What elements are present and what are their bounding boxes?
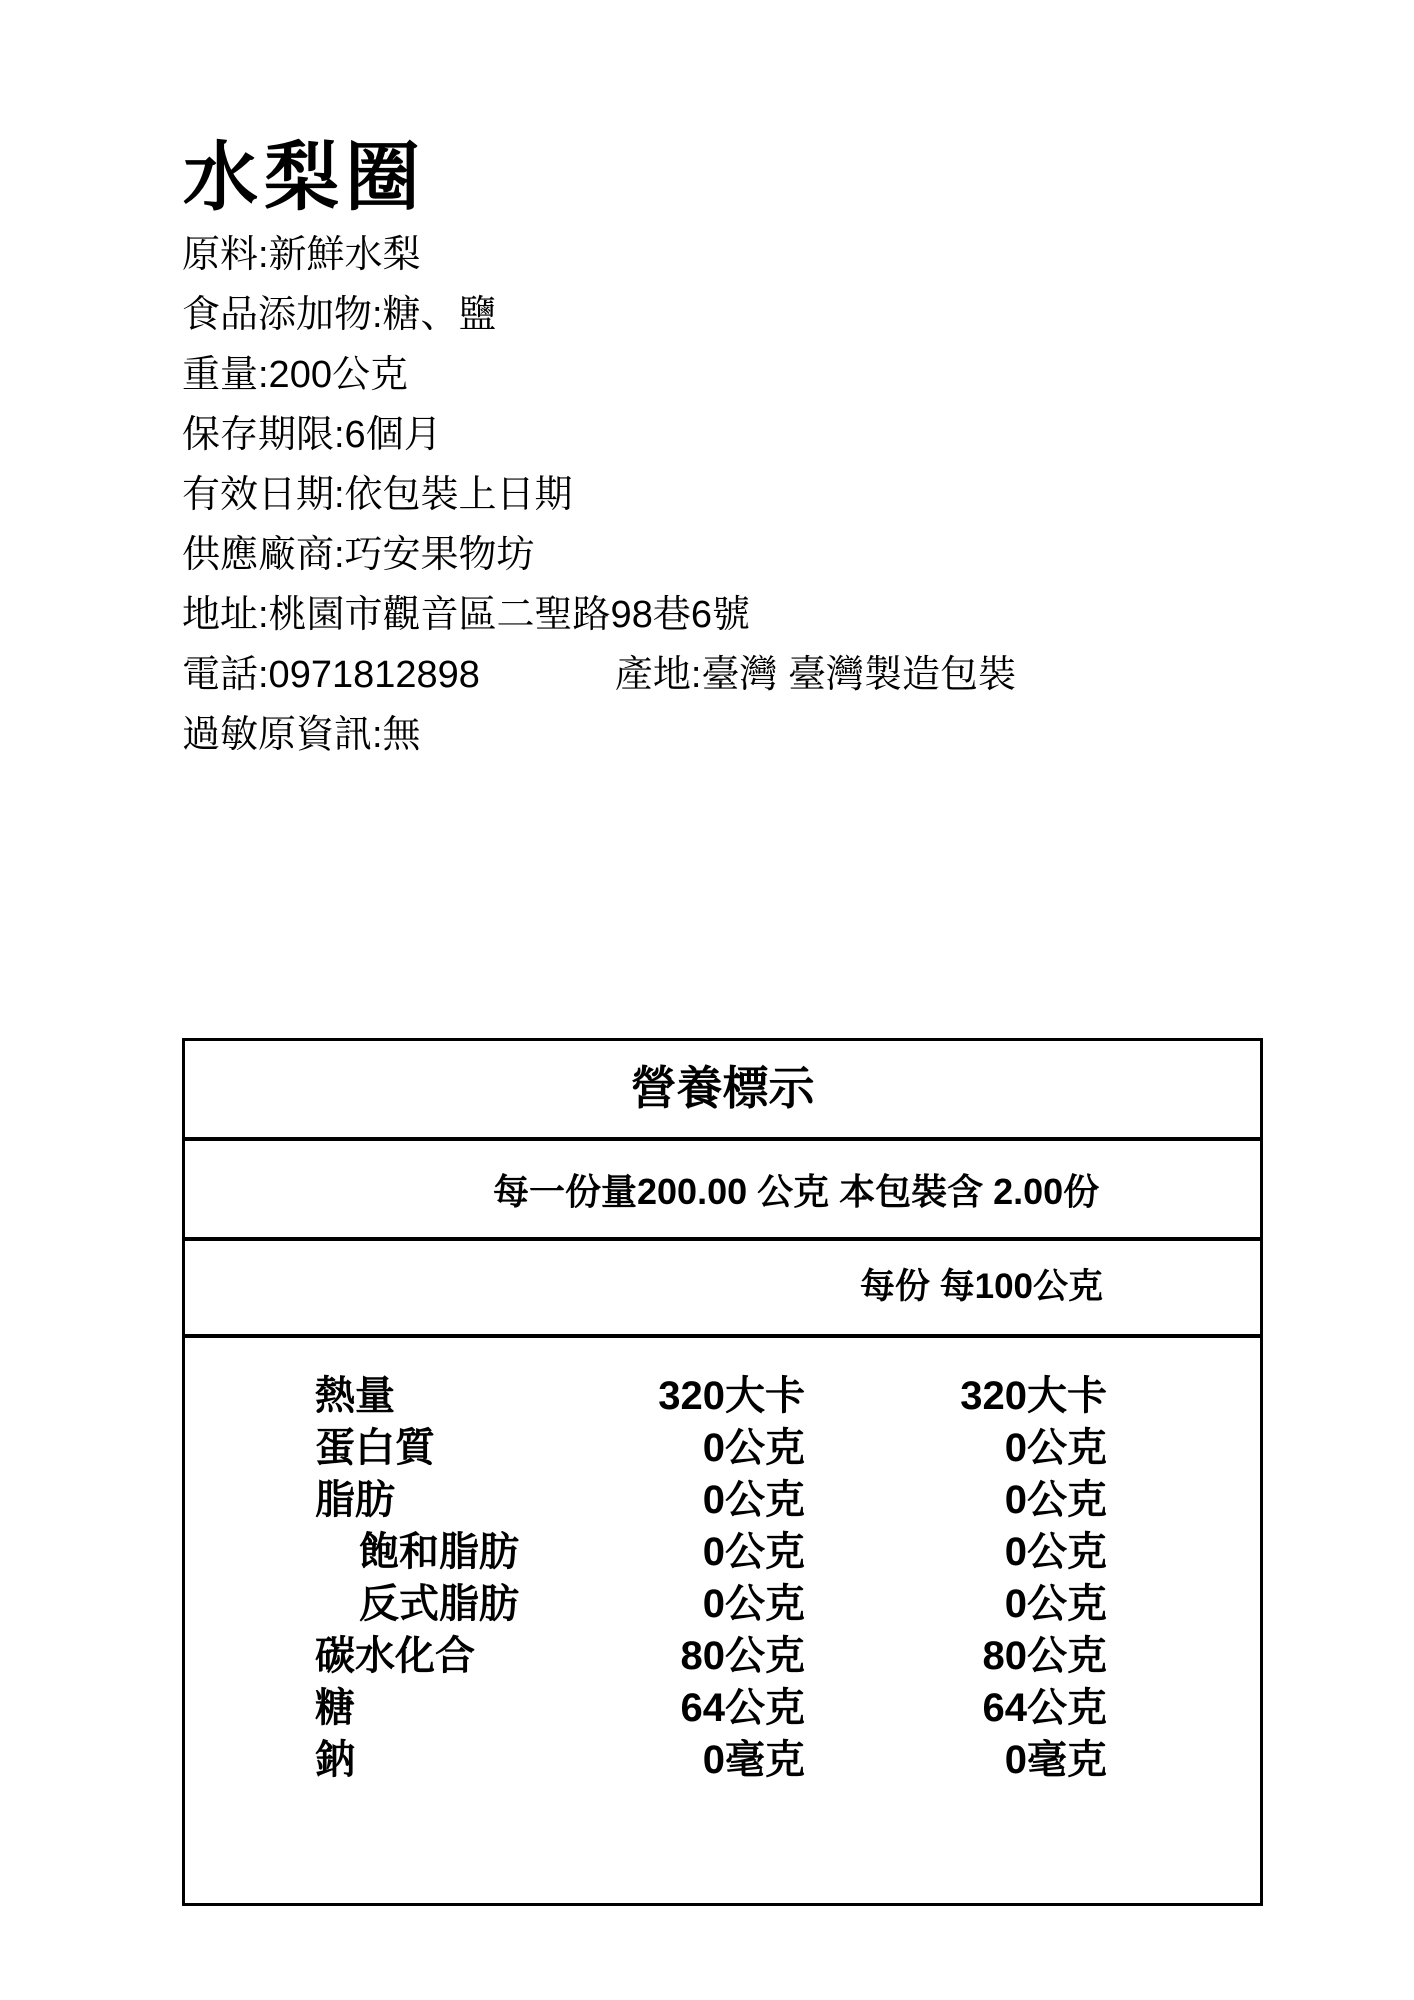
info-line-phone-origin: 電話:0971812898產地:臺灣 臺灣製造包裝 bbox=[182, 645, 1016, 705]
serving-size-row: 每一份量200.00 公克 本包裝含 2.00份 bbox=[185, 1141, 1260, 1241]
product-title: 水梨圈 bbox=[183, 140, 426, 215]
nutrient-label: 熱量 bbox=[315, 1370, 555, 1422]
table-row-protein: 蛋白質 0公克 0公克 bbox=[315, 1422, 1107, 1474]
info-line-allergen: 過敏原資訊:無 bbox=[182, 705, 1016, 765]
column-header-row: 每份 每100公克 bbox=[185, 1241, 1260, 1338]
nutrient-per-serving: 64公克 bbox=[555, 1682, 805, 1734]
origin-text: 產地:臺灣 臺灣製造包裝 bbox=[615, 654, 1016, 696]
info-line-address: 地址:桃園市觀音區二聖路98巷6號 bbox=[182, 585, 1016, 645]
nutrient-per-serving: 0公克 bbox=[555, 1578, 805, 1630]
info-line-weight: 重量:200公克 bbox=[182, 345, 1016, 405]
table-row-trans-fat: 反式脂肪 0公克 0公克 bbox=[315, 1578, 1107, 1630]
nutrient-label: 鈉 bbox=[315, 1734, 555, 1786]
phone-text: 電話:0971812898 bbox=[182, 654, 480, 696]
nutrient-label: 碳水化合 bbox=[315, 1630, 555, 1682]
nutrient-per-100g: 0公克 bbox=[805, 1578, 1107, 1630]
nutrient-per-serving: 80公克 bbox=[555, 1630, 805, 1682]
nutrient-per-100g: 0毫克 bbox=[805, 1734, 1107, 1786]
nutrient-per-serving: 0公克 bbox=[555, 1526, 805, 1578]
serving-size-text: 每一份量200.00 公克 本包裝含 2.00份 bbox=[493, 1164, 1099, 1215]
table-row-sodium: 鈉 0毫克 0毫克 bbox=[315, 1734, 1107, 1786]
nutrition-table-title: 營養標示 bbox=[185, 1041, 1260, 1141]
nutrient-per-serving: 0公克 bbox=[555, 1474, 805, 1526]
nutrition-facts-table: 營養標示 每一份量200.00 公克 本包裝含 2.00份 每份 每100公克 … bbox=[182, 1038, 1263, 1906]
nutrient-per-serving: 320大卡 bbox=[555, 1370, 805, 1422]
info-line-shelf-life: 保存期限:6個月 bbox=[182, 405, 1016, 465]
info-line-additives: 食品添加物:糖、鹽 bbox=[182, 285, 1016, 345]
info-line-supplier: 供應廠商:巧安果物坊 bbox=[182, 525, 1016, 585]
nutrient-per-100g: 320大卡 bbox=[805, 1370, 1107, 1422]
nutrient-per-serving: 0公克 bbox=[555, 1422, 805, 1474]
nutrient-label: 脂肪 bbox=[315, 1474, 555, 1526]
nutrient-per-100g: 0公克 bbox=[805, 1526, 1107, 1578]
info-line-expiry-date: 有效日期:依包裝上日期 bbox=[182, 465, 1016, 525]
table-row-fat: 脂肪 0公克 0公克 bbox=[315, 1474, 1107, 1526]
nutrient-per-100g: 80公克 bbox=[805, 1630, 1107, 1682]
nutrient-label: 飽和脂肪 bbox=[315, 1526, 555, 1578]
nutrient-per-100g: 0公克 bbox=[805, 1422, 1107, 1474]
nutrient-per-100g: 64公克 bbox=[805, 1682, 1107, 1734]
table-row-saturated-fat: 飽和脂肪 0公克 0公克 bbox=[315, 1526, 1107, 1578]
nutrient-label: 蛋白質 bbox=[315, 1422, 555, 1474]
column-header-text: 每份 每100公克 bbox=[860, 1267, 1103, 1306]
product-info-block: 原料:新鮮水梨 食品添加物:糖、鹽 重量:200公克 保存期限:6個月 有效日期… bbox=[182, 225, 1016, 765]
info-line-ingredients: 原料:新鮮水梨 bbox=[182, 225, 1016, 285]
nutrient-label: 反式脂肪 bbox=[315, 1578, 555, 1630]
nutrition-rows: 熱量 320大卡 320大卡 蛋白質 0公克 0公克 脂肪 0公克 0公克 飽和… bbox=[185, 1338, 1260, 1786]
table-row-calories: 熱量 320大卡 320大卡 bbox=[315, 1370, 1107, 1422]
nutrient-per-100g: 0公克 bbox=[805, 1474, 1107, 1526]
table-row-carbohydrate: 碳水化合 80公克 80公克 bbox=[315, 1630, 1107, 1682]
table-row-sugar: 糖 64公克 64公克 bbox=[315, 1682, 1107, 1734]
nutrient-label: 糖 bbox=[315, 1682, 555, 1734]
nutrient-per-serving: 0毫克 bbox=[555, 1734, 805, 1786]
